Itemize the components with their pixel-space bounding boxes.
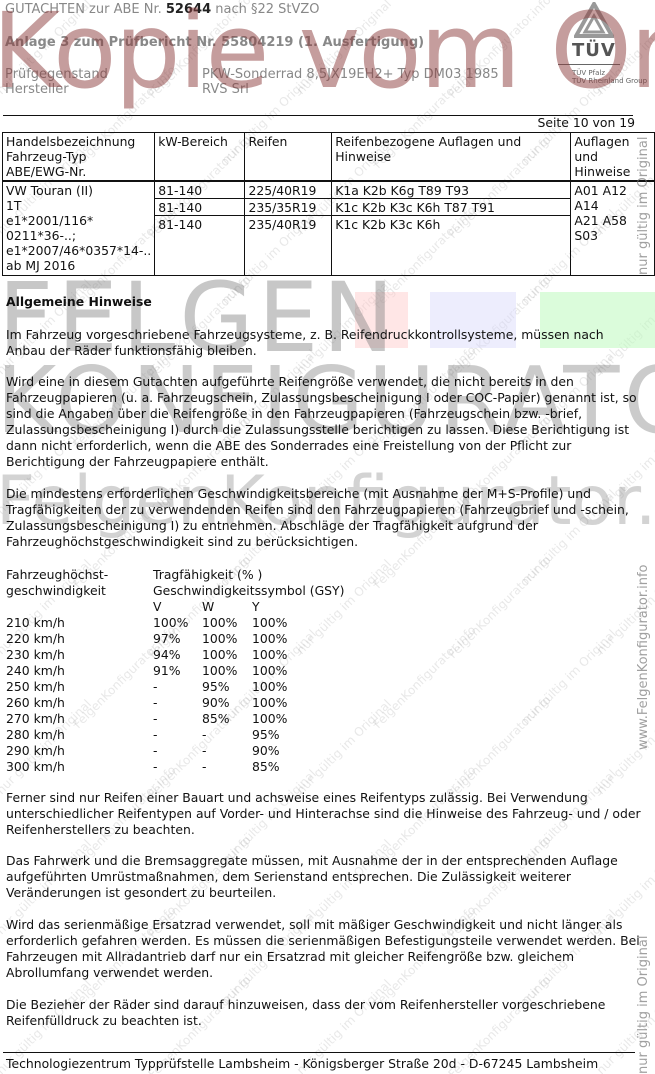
table-row: VW Touran (II)1Te1*2001/116*0211*36-..;e… bbox=[3, 181, 655, 199]
field-label-pruefgegenstand: Prüfgegenstand bbox=[5, 67, 108, 82]
tyre-cell: 235/35R19 bbox=[245, 199, 332, 216]
field-value-hersteller: RVS Srl bbox=[202, 82, 249, 97]
tyre-cell: 225/40R19 bbox=[245, 181, 332, 199]
tyre-notes-cell: K1a K2b K6g T89 T93 bbox=[332, 181, 571, 199]
watermark-diagonal-text: nur gültig im Original bbox=[294, 697, 394, 797]
tyre-notes-cell: K1c K2b K3c K6h T87 T91 bbox=[332, 199, 571, 216]
field-value-pruefgegenstand: PKW-Sonderrad 8,5JX19EH2+ Typ DM03 1985 bbox=[202, 67, 499, 82]
watermark-diagonal-text: nur gültig im Original bbox=[294, 557, 394, 657]
footer-divider bbox=[3, 1052, 635, 1053]
watermark-diagonal-text: FelgenKonfigurator.info bbox=[370, 623, 478, 731]
tuv-triangle-icon bbox=[574, 2, 614, 38]
tuv-wordmark: TÜV bbox=[572, 40, 616, 61]
paragraph-spare-wheel: Wird das serienmäßige Ersatzrad verwende… bbox=[6, 917, 646, 981]
paragraph-tyre-size: Wird eine in diesem Gutachten aufgeführt… bbox=[6, 374, 646, 470]
header-cell-reifen: Reifen bbox=[245, 133, 332, 182]
watermark-diagonal-text: nur gültig im Original bbox=[594, 557, 655, 657]
footer-address: Technologiezentrum Typprüfstelle Lambshe… bbox=[6, 1056, 598, 1071]
page-number: Seite 10 von 19 bbox=[537, 115, 635, 130]
watermark-diagonal-text: FelgenKonfigurator.info bbox=[445, 0, 553, 101]
header-cell-reifen-auflagen: Reifenbezogene Auflagen undHinweise bbox=[332, 133, 571, 182]
tuv-logo: TÜV TÜV Pfalz TÜV Rheinland Group bbox=[558, 2, 653, 92]
paragraph-speed-load: Die mindestens erforderlichen Geschwindi… bbox=[6, 486, 646, 550]
watermark-diagonal-text: FelgenKonfigurator.info bbox=[445, 693, 553, 801]
paragraph-pressure: Die Bezieher der Räder sind darauf hinzu… bbox=[6, 997, 646, 1029]
tuv-sub1: TÜV Pfalz bbox=[572, 69, 605, 77]
watermark-diagonal-text: FelgenKonfigurator.info bbox=[445, 553, 553, 661]
vehicle-tyre-table: HandelsbezeichnungFahrzeug-TypABE/EWG-Nr… bbox=[2, 132, 655, 276]
paragraph-systems: Im Fahrzeug vorgeschriebene Fahrzeugsyst… bbox=[6, 327, 646, 359]
kw-cell: 81-140 bbox=[155, 181, 245, 199]
field-label-hersteller: Hersteller bbox=[5, 82, 69, 97]
watermark-diagonal-text: nur gültig im Original bbox=[519, 627, 619, 727]
section-title: Allgemeine Hinweise bbox=[6, 294, 152, 309]
watermark-vertical-site: www.FelgenKonfigurator.info bbox=[636, 565, 651, 750]
paragraph-tyre-types: Ferner sind nur Reifen einer Bauart und … bbox=[6, 790, 646, 838]
watermark-diagonal-text: FelgenKonfigurator.info bbox=[145, 693, 253, 801]
vehicle-cell: VW Touran (II)1Te1*2001/116*0211*36-..;e… bbox=[3, 181, 155, 276]
report-title: GUTACHTEN zur ABE Nr. 52644 nach §22 StV… bbox=[5, 2, 320, 17]
paragraph-chassis: Das Fahrwerk und die Bremsaggregate müss… bbox=[6, 853, 646, 901]
watermark-diagonal-text: nur gültig im Original bbox=[594, 697, 655, 797]
header-cell-auflagen: Auflagen undHinweise bbox=[571, 133, 655, 182]
table-header-row: HandelsbezeichnungFahrzeug-TypABE/EWG-Nr… bbox=[3, 133, 655, 182]
report-subtitle: Anlage 3 zum Prüfbericht Nr. 55804219 (1… bbox=[5, 35, 424, 50]
tyre-cell: 235/40R19 bbox=[245, 216, 332, 276]
general-notes-cell: A01 A12 A14A21 A58 S03 bbox=[571, 181, 655, 276]
logo-divider bbox=[558, 64, 620, 65]
tyre-notes-cell: K1c K2b K3c K6h bbox=[332, 216, 571, 276]
header-cell-kw: kW-Bereich bbox=[155, 133, 245, 182]
tuv-sub2: TÜV Rheinland Group bbox=[572, 77, 647, 85]
header-cell-handelsbezeichnung: HandelsbezeichnungFahrzeug-TypABE/EWG-Nr… bbox=[3, 133, 155, 182]
kw-cell: 81-140 bbox=[155, 199, 245, 216]
kw-cell: 81-140 bbox=[155, 216, 245, 276]
